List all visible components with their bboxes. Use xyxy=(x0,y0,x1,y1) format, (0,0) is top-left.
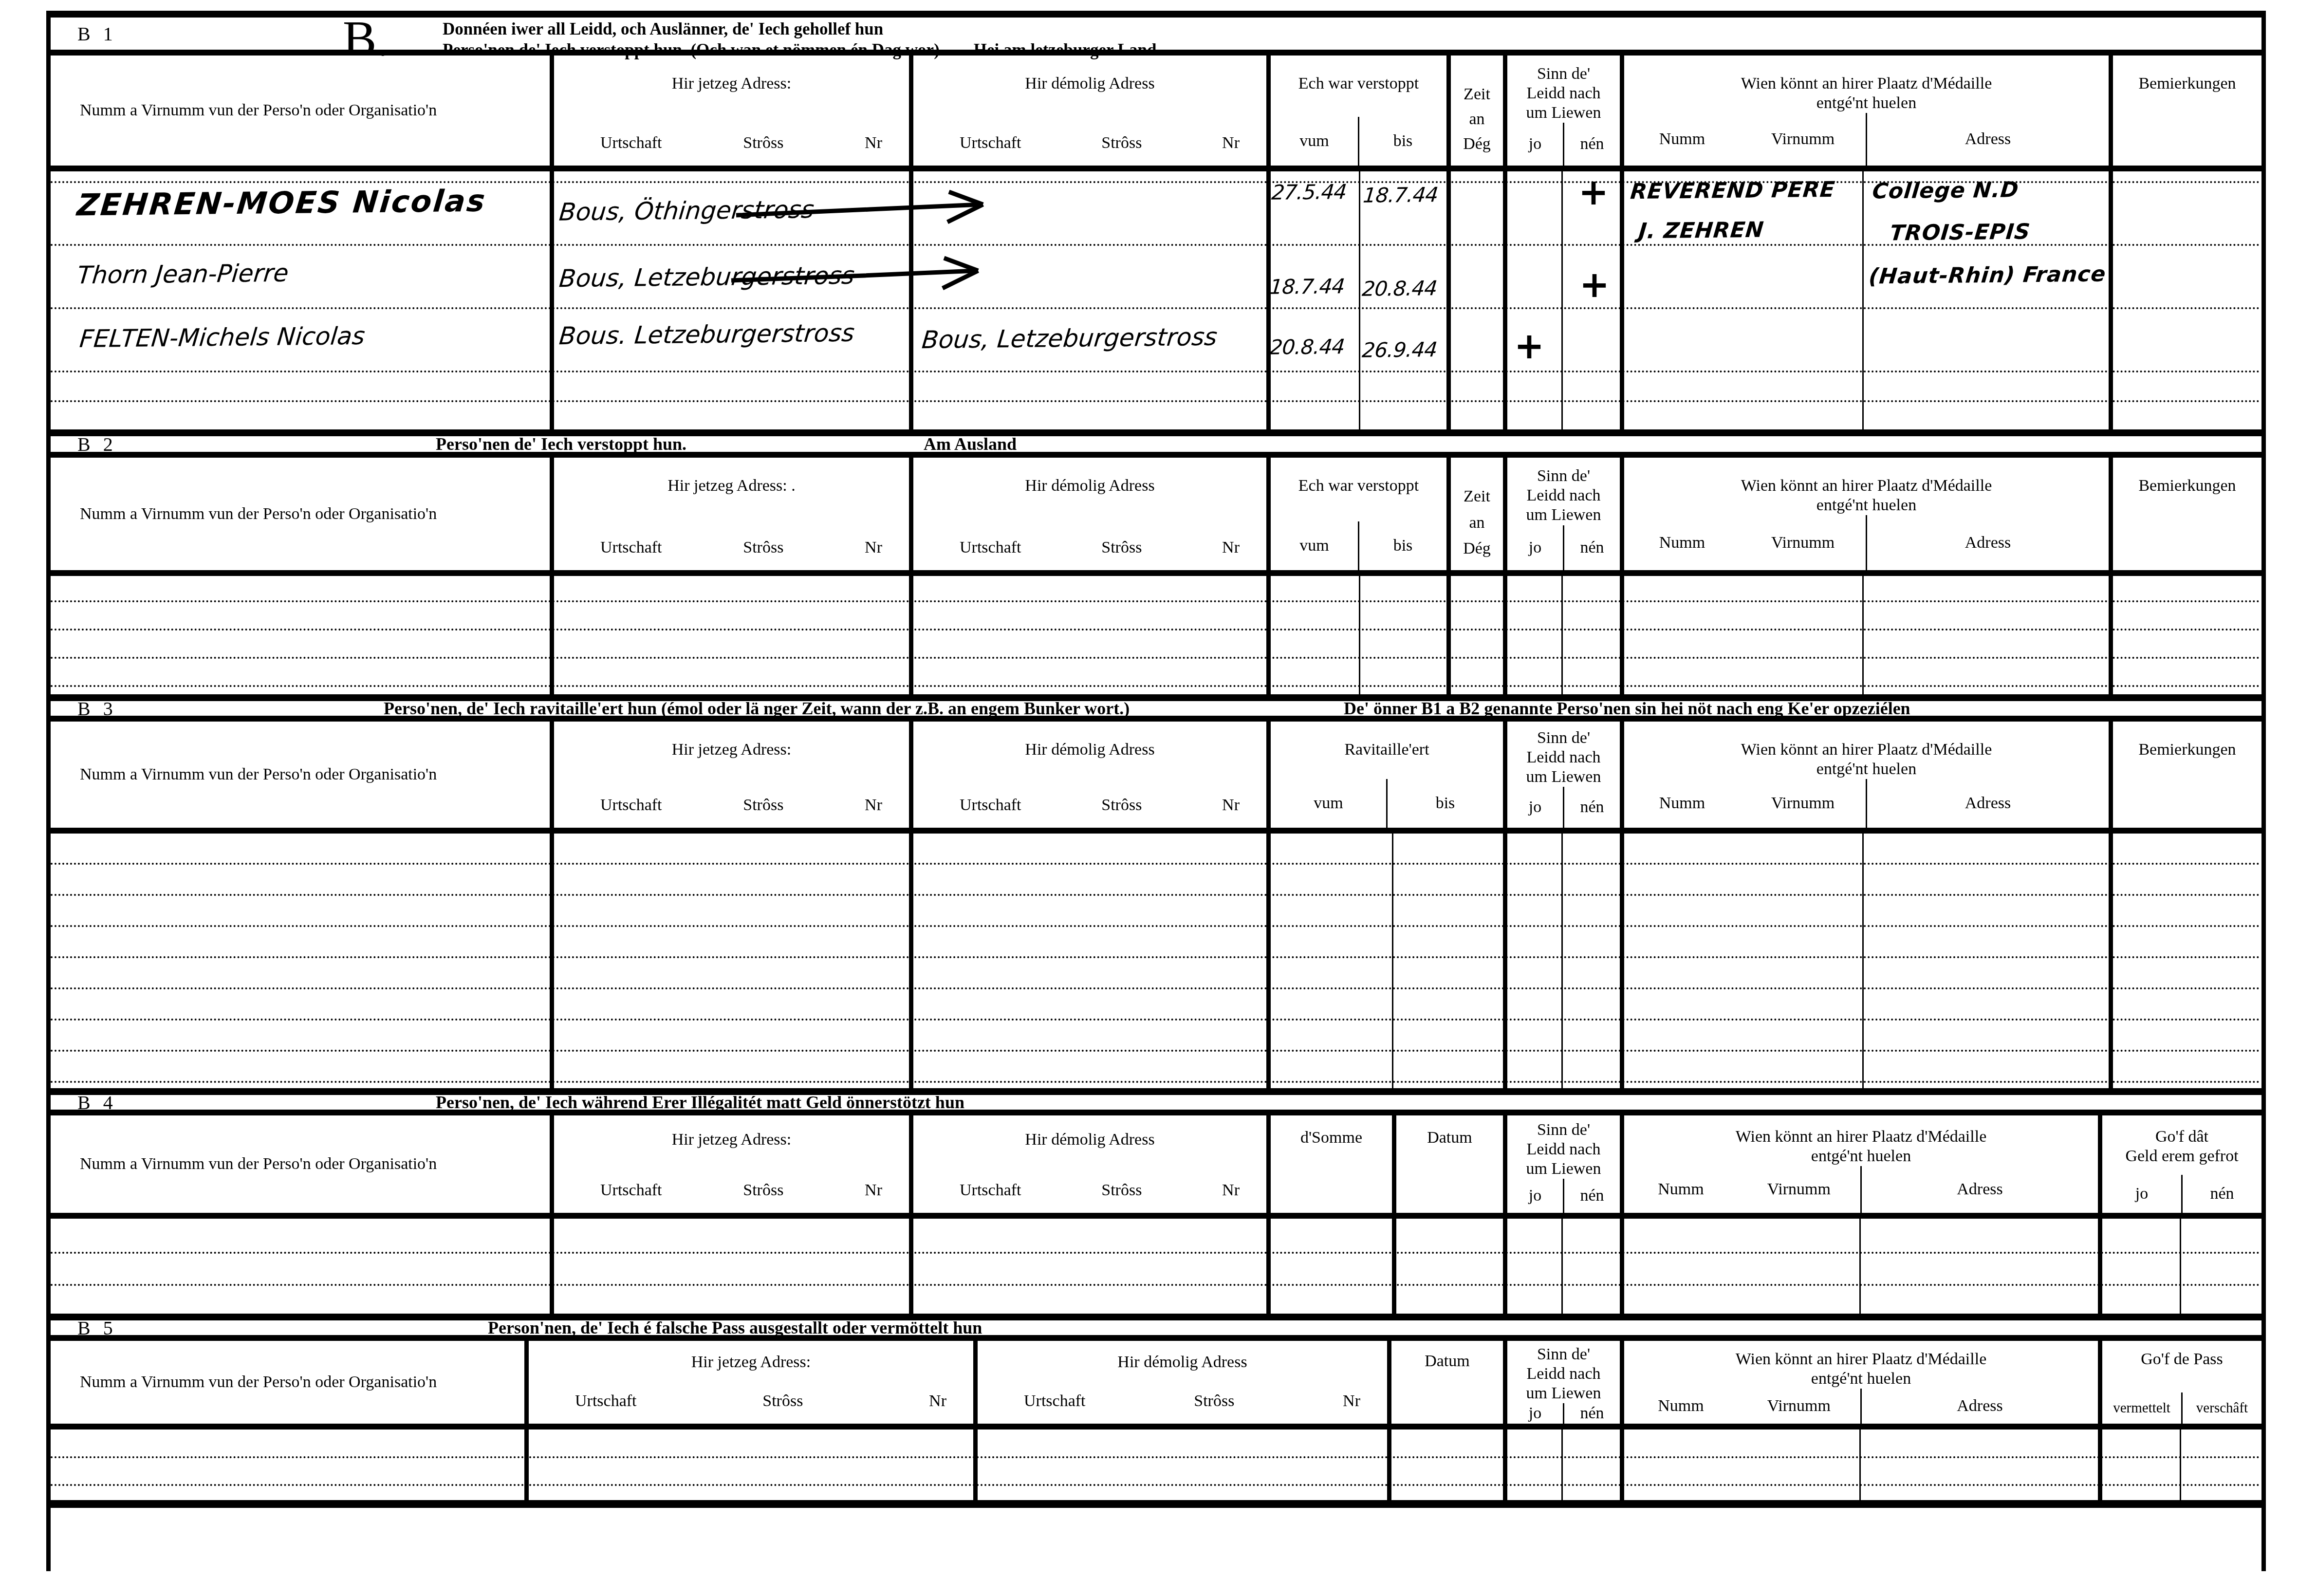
address-sublabels: Urtschaft Strôss Nr xyxy=(529,1392,973,1424)
jo-nen-sublabels: jo nén xyxy=(1507,787,1620,828)
entry-jetzeg-adress: Bous. Letzeburgerstross xyxy=(558,319,856,350)
b4-col-gof-geld: Go'f dât Geld erem gefrot jo nén xyxy=(2098,1115,2261,1213)
label-nr: Nr xyxy=(1222,538,1240,557)
b1-header-row: Numm a Virnumm vun der Perso'n oder Orga… xyxy=(51,56,2261,171)
dotted-rule xyxy=(51,1284,2261,1286)
medaille-label: Wien könnt an hirer Plaatz d'Médaille en… xyxy=(1736,1127,1987,1166)
b2-col-jetzeg: Hir jetzeg Adress: . Urtschaft Strôss Nr xyxy=(550,458,909,570)
address-sublabels: Urtschaft Strôss Nr xyxy=(554,133,909,166)
medaille-line1: Wien könnt an hirer Plaatz d'Médaille xyxy=(1736,1127,1987,1147)
column-divider xyxy=(1862,576,1864,694)
sinn-line1: Sinn de' xyxy=(1526,466,1601,486)
sinn-line1: Sinn de' xyxy=(1526,64,1601,84)
form-title: Donnéen iwer all Leidd, och Auslänner, d… xyxy=(443,19,1156,60)
column-divider xyxy=(2109,576,2113,694)
dotted-rule xyxy=(51,863,2261,865)
label-virnumm: Virnumm xyxy=(1740,779,1866,828)
label-virnumm: Virnumm xyxy=(1740,515,1866,570)
entry-medaille-adress-line1: College N.D xyxy=(1871,177,2020,204)
b4-col-name: Numm a Virnumm vun der Perso'n oder Orga… xyxy=(51,1115,550,1213)
b3-header-row: Numm a Virnumm vun der Perso'n oder Orga… xyxy=(51,722,2261,834)
label-numm: Numm xyxy=(1624,113,1740,166)
entry-vum: 27.5.44 xyxy=(1271,180,1348,204)
label-vum: vum xyxy=(1271,117,1358,166)
label-nr: Nr xyxy=(1222,796,1240,815)
sinn-line2: Leidd nach xyxy=(1526,748,1601,767)
label-nen: nén xyxy=(1563,787,1620,828)
label-numm: Numm xyxy=(1624,515,1740,570)
label-virnumm: Virnumm xyxy=(1738,1166,1860,1213)
medaille-label: Wien könnt an hirer Plaatz d'Médaille en… xyxy=(1741,740,1992,779)
b3-subtitle: De' önner B1 a B2 genannte Perso'nen sin… xyxy=(1344,698,1910,719)
b3-col-demolig: Hir démolig Adress Urtschaft Strôss Nr xyxy=(909,722,1266,828)
b5-col-jetzeg: Hir jetzeg Adress: Urtschaft Strôss Nr xyxy=(524,1341,973,1424)
section-b1-id: B 1 xyxy=(77,22,117,45)
label-vum: vum xyxy=(1271,521,1358,570)
column-divider xyxy=(1266,576,1271,694)
column-divider xyxy=(1862,171,1864,429)
address-sublabels: Urtschaft Strôss Nr xyxy=(978,1392,1387,1424)
column-divider xyxy=(1503,1219,1507,1314)
zeit-line1: Zeit xyxy=(1463,487,1491,506)
label-adress: Adress xyxy=(1860,1389,2098,1424)
zeit-label: Zeit an Dég xyxy=(1463,487,1491,570)
entry-name: Thorn Jean-Pierre xyxy=(76,259,290,290)
sinn-label: Sinn de' Leidd nach um Liewen xyxy=(1526,64,1601,123)
b1-col-jetzeg: Hir jetzeg Adress: Urtschaft Strôss Nr xyxy=(550,56,909,166)
medaille-label: Wien könnt an hirer Plaatz d'Médaille en… xyxy=(1736,1350,1987,1389)
b2-col-verstoppt: Ech war verstoppt vum bis xyxy=(1266,458,1446,570)
dotted-rule xyxy=(51,987,2261,989)
b4-col-sinn: Sinn de' Leidd nach um Liewen jo nén xyxy=(1503,1115,1620,1213)
name-col-label: Numm a Virnumm vun der Perso'n oder Orga… xyxy=(80,101,437,120)
dotted-rule xyxy=(51,894,2261,896)
label-urtschaft: Urtschaft xyxy=(960,796,1021,815)
label-stross: Strôss xyxy=(743,796,783,815)
medaille-line1: Wien könnt an hirer Plaatz d'Médaille xyxy=(1741,74,1992,93)
bemierkungen-label: Bemierkungen xyxy=(2138,74,2236,93)
address-sublabels: Urtschaft Strôss Nr xyxy=(913,538,1266,570)
b5-header-row: Numm a Virnumm vun der Perso'n oder Orga… xyxy=(51,1341,2261,1429)
label-urtschaft: Urtschaft xyxy=(960,1181,1021,1200)
label-numm: Numm xyxy=(1624,779,1740,828)
label-nr: Nr xyxy=(865,1181,882,1200)
jo-nen-sublabels: jo nén xyxy=(1507,123,1620,166)
medaille-sublabels: Numm Virnumm Adress xyxy=(1624,1389,2098,1424)
medaille-line2: entgé'nt huelen xyxy=(1741,93,1992,113)
b3-col-ravitailleert: Ravitaille'ert vum bis xyxy=(1266,722,1503,828)
sinn-line2: Leidd nach xyxy=(1526,486,1601,505)
b5-title: Person'nen, de' Iech é falsche Pass ausg… xyxy=(488,1318,982,1338)
b3-col-jetzeg: Hir jetzeg Adress: Urtschaft Strôss Nr xyxy=(550,722,909,828)
entry-name: FELTEN-Michels Nicolas xyxy=(78,322,366,353)
label-nr: Nr xyxy=(865,538,882,557)
b4-title-band: B 4 Perso'nen, de' Iech während Erer Ill… xyxy=(51,1088,2261,1115)
column-divider xyxy=(2180,1219,2181,1314)
datum-label: Datum xyxy=(1425,1352,1470,1371)
column-divider xyxy=(1387,1429,1391,1500)
medaille-sublabels: Numm Virnumm Adress xyxy=(1624,515,2109,570)
b4-body xyxy=(51,1219,2261,1314)
column-divider xyxy=(2180,1429,2181,1500)
scanned-form-page: B 1 B. Donnéen iwer all Leidd, och Auslä… xyxy=(46,11,2266,1571)
b4-col-datum: Datum xyxy=(1392,1115,1503,1213)
gof-geld-label: Go'f dât Geld erem gefrot xyxy=(2125,1127,2238,1166)
medaille-line1: Wien könnt an hirer Plaatz d'Médaille xyxy=(1741,740,1992,760)
b5-col-gof-pass: Go'f de Pass vermettelt verschâft xyxy=(2098,1341,2261,1424)
medaille-label: Wien könnt an hirer Plaatz d'Médaille en… xyxy=(1741,74,1992,113)
column-divider xyxy=(1859,1429,1861,1500)
medaille-line1: Wien könnt an hirer Plaatz d'Médaille xyxy=(1741,476,1992,496)
b2-col-sinn: Sinn de' Leidd nach um Liewen jo nén xyxy=(1503,458,1620,570)
b2-title-band: B 2 Perso'nen de' Iech verstoppt hun. Am… xyxy=(51,429,2261,458)
label-nr: Nr xyxy=(1343,1392,1360,1411)
vum-bis-sublabels: vum bis xyxy=(1271,521,1446,570)
zeit-line2: an xyxy=(1463,513,1491,533)
b2-body xyxy=(51,576,2261,694)
sinn-label: Sinn de' Leidd nach um Liewen xyxy=(1526,1345,1601,1403)
dotted-rule xyxy=(51,307,2261,309)
label-virnumm: Virnumm xyxy=(1738,1389,1860,1424)
column-divider xyxy=(1561,1219,1563,1314)
column-divider xyxy=(2109,171,2113,429)
address-sublabels: Urtschaft Strôss Nr xyxy=(554,796,909,828)
sinn-line3: um Liewen xyxy=(1526,1159,1601,1179)
column-divider xyxy=(1503,1429,1507,1500)
label-urtschaft: Urtschaft xyxy=(600,538,662,557)
column-divider xyxy=(1446,171,1451,429)
label-nr: Nr xyxy=(865,133,882,153)
b3-col-sinn: Sinn de' Leidd nach um Liewen jo nén xyxy=(1503,722,1620,828)
zeit-line3: Dég xyxy=(1463,134,1491,154)
b2-col-zeit: Zeit an Dég xyxy=(1446,458,1503,570)
medaille-label: Wien könnt an hirer Plaatz d'Médaille en… xyxy=(1741,476,1992,515)
column-divider xyxy=(1620,171,1624,429)
label-numm: Numm xyxy=(1624,1166,1738,1213)
column-divider xyxy=(1266,171,1271,429)
jetzeg-label: Hir jetzeg Adress: xyxy=(691,1353,811,1372)
sinn-label: Sinn de' Leidd nach um Liewen xyxy=(1526,466,1601,525)
label-nen: nén xyxy=(2181,1175,2261,1213)
bemierkungen-label: Bemierkungen xyxy=(2138,476,2236,496)
column-divider xyxy=(1561,1429,1563,1500)
medaille-sublabels: Numm Virnumm Adress xyxy=(1624,1166,2098,1213)
label-nr: Nr xyxy=(929,1392,946,1411)
address-sublabels: Urtschaft Strôss Nr xyxy=(913,133,1266,166)
column-divider xyxy=(2098,1429,2102,1500)
b1-col-zeit: Zeit an Dég xyxy=(1446,56,1503,166)
b1-col-sinn: Sinn de' Leidd nach um Liewen jo nén xyxy=(1503,56,1620,166)
dotted-rule xyxy=(51,956,2261,958)
label-adress: Adress xyxy=(1866,113,2109,166)
b2-title: Perso'nen de' Iech verstoppt hun. xyxy=(436,434,686,454)
jo-nen-sublabels: jo nén xyxy=(1507,1403,1620,1424)
label-jo: jo xyxy=(1507,123,1563,166)
column-divider xyxy=(1561,576,1563,694)
medaille-sublabels: Numm Virnumm Adress xyxy=(1624,779,2109,828)
b5-col-sinn: Sinn de' Leidd nach um Liewen jo nén xyxy=(1503,1341,1620,1424)
column-divider xyxy=(550,1219,554,1314)
label-vum: vum xyxy=(1271,779,1386,828)
dotted-rule xyxy=(51,629,2261,631)
label-urtschaft: Urtschaft xyxy=(600,1181,662,1200)
sinn-line2: Leidd nach xyxy=(1526,1364,1601,1384)
entry-bis: 26.9.44 xyxy=(1361,337,1438,362)
column-divider xyxy=(550,171,554,429)
label-virnumm: Virnumm xyxy=(1740,113,1866,166)
ravitailleert-label: Ravitaille'ert xyxy=(1344,740,1429,760)
dotted-rule xyxy=(51,400,2261,402)
label-urtschaft: Urtschaft xyxy=(1024,1392,1086,1411)
gof-pass-label: Go'f de Pass xyxy=(2141,1350,2223,1369)
label-nr: Nr xyxy=(1222,1181,1240,1200)
b1-col-medaille: Wien könnt an hirer Plaatz d'Médaille en… xyxy=(1620,56,2109,166)
demolig-label: Hir démolig Adress xyxy=(1117,1353,1247,1372)
entry-bis: 20.8.44 xyxy=(1361,276,1438,301)
column-divider xyxy=(524,1429,529,1500)
label-bis: bis xyxy=(1358,117,1446,166)
label-stross: Strôss xyxy=(743,538,783,557)
dotted-rule xyxy=(51,1081,2261,1083)
entry-demolig-adress: Bous, Letzeburgerstross xyxy=(921,323,1219,354)
label-stross: Strôss xyxy=(1101,133,1142,153)
column-divider xyxy=(1359,576,1360,694)
sinn-label: Sinn de' Leidd nach um Liewen xyxy=(1526,1120,1601,1179)
label-adress: Adress xyxy=(1860,1166,2098,1213)
b2-col-demolig: Hir démolig Adress Urtschaft Strôss Nr xyxy=(909,458,1266,570)
sinn-line3: um Liewen xyxy=(1526,1384,1601,1403)
demolig-label: Hir démolig Adress xyxy=(1025,74,1154,93)
b4-title: Perso'nen, de' Iech während Erer Illégal… xyxy=(436,1092,964,1113)
b1-col-demolig: Hir démolig Adress Urtschaft Strôss Nr xyxy=(909,56,1266,166)
label-stross: Strôss xyxy=(743,1181,783,1200)
b5-col-demolig: Hir démolig Adress Urtschaft Strôss Nr xyxy=(973,1341,1387,1424)
label-numm: Numm xyxy=(1624,1389,1738,1424)
entry-name: ZEHREN-MOES Nicolas xyxy=(75,183,488,223)
column-divider xyxy=(1359,171,1360,429)
section-b3-id: B 3 xyxy=(77,697,117,720)
dotted-rule xyxy=(51,1019,2261,1021)
vum-bis-sublabels: vum bis xyxy=(1271,117,1446,166)
entry-vum: 20.8.44 xyxy=(1269,334,1346,359)
column-divider xyxy=(1620,576,1624,694)
b3-title-band: B 3 Perso'nen, de' Iech ravitaille'ert h… xyxy=(51,694,2261,722)
label-nen: nén xyxy=(1563,1179,1620,1213)
label-adress: Adress xyxy=(1866,779,2109,828)
medaille-line2: entgé'nt huelen xyxy=(1736,1147,1987,1166)
column-divider xyxy=(2098,1219,2102,1314)
dsomme-label: d'Somme xyxy=(1300,1128,1362,1148)
b5-col-datum: Datum xyxy=(1387,1341,1503,1424)
sinn-line2: Leidd nach xyxy=(1526,84,1601,103)
label-stross: Strôss xyxy=(762,1392,803,1411)
dotted-rule xyxy=(51,657,2261,659)
column-divider xyxy=(1503,576,1507,694)
b2-col-name: Numm a Virnumm vun der Perso'n oder Orga… xyxy=(51,458,550,570)
b5-body xyxy=(51,1429,2261,1508)
entry-vum: 18.7.44 xyxy=(1269,274,1346,299)
entry-medaille-adress-line3: (Haut-Rhin) France xyxy=(1868,261,2107,289)
entry-medaille-virnumm: J. ZEHREN xyxy=(1637,218,1765,244)
column-divider xyxy=(909,576,913,694)
zeit-line2: an xyxy=(1463,110,1491,129)
entry-medaille-adress-line2: TROIS-EPIS xyxy=(1889,219,2031,245)
pass-sublabels: vermettelt verschâft xyxy=(2102,1392,2261,1424)
label-jo: jo xyxy=(1507,525,1563,570)
label-stross: Strôss xyxy=(1101,796,1142,815)
dotted-rule xyxy=(51,600,2261,602)
section-b4-id: B 4 xyxy=(77,1091,117,1114)
sinn-line1: Sinn de' xyxy=(1526,1345,1601,1364)
column-divider xyxy=(1561,171,1563,429)
column-divider xyxy=(909,1219,913,1314)
jo-nen-sublabels: jo nén xyxy=(1507,525,1620,570)
address-sublabels: Urtschaft Strôss Nr xyxy=(554,538,909,570)
b3-col-medaille: Wien könnt an hirer Plaatz d'Médaille en… xyxy=(1620,722,2109,828)
jetzeg-label: Hir jetzeg Adress: xyxy=(672,74,792,93)
sinn-line3: um Liewen xyxy=(1526,505,1601,525)
label-jo: jo xyxy=(1507,787,1563,828)
handwritten-arrow-icon xyxy=(727,255,1005,294)
dotted-rule xyxy=(51,371,2261,372)
section-b2-id: B 2 xyxy=(77,433,117,456)
label-stross: Strôss xyxy=(1101,1181,1142,1200)
entry-jo-mark: + xyxy=(1514,325,1544,367)
label-verschaft: verschâft xyxy=(2181,1392,2261,1424)
address-sublabels: Urtschaft Strôss Nr xyxy=(554,1181,909,1213)
column-divider xyxy=(1503,171,1507,429)
column-divider xyxy=(550,576,554,694)
jetzeg-label: Hir jetzeg Adress: . xyxy=(667,476,796,496)
sinn-label: Sinn de' Leidd nach um Liewen xyxy=(1526,728,1601,787)
jo-nen-sublabels: jo nén xyxy=(2102,1175,2261,1213)
bemierkungen-label: Bemierkungen xyxy=(2138,740,2236,760)
handwritten-arrow-icon xyxy=(732,190,1010,229)
label-nen: nén xyxy=(1563,1403,1620,1424)
entry-medaille-numm: REVEREND PERE xyxy=(1629,177,1836,204)
label-urtschaft: Urtschaft xyxy=(600,796,662,815)
entry-nen-mark: + xyxy=(1579,264,1610,306)
label-adress: Adress xyxy=(1866,515,2109,570)
sinn-line1: Sinn de' xyxy=(1526,728,1601,748)
b2-header-row: Numm a Virnumm vun der Perso'n oder Orga… xyxy=(51,458,2261,576)
medaille-sublabels: Numm Virnumm Adress xyxy=(1624,113,2109,166)
label-nr: Nr xyxy=(865,796,882,815)
dotted-rule xyxy=(51,685,2261,687)
b4-col-dsomme: d'Somme xyxy=(1266,1115,1392,1213)
label-urtschaft: Urtschaft xyxy=(600,133,662,153)
b3-col-bemierkungen: Bemierkungen xyxy=(2109,722,2261,828)
b4-col-jetzeg: Hir jetzeg Adress: Urtschaft Strôss Nr xyxy=(550,1115,909,1213)
column-divider xyxy=(1392,1219,1396,1314)
name-col-label: Numm a Virnumm vun der Perso'n oder Orga… xyxy=(80,1373,437,1392)
label-nen: nén xyxy=(1563,525,1620,570)
demolig-label: Hir démolig Adress xyxy=(1025,476,1154,496)
column-divider xyxy=(1266,1219,1271,1314)
gof-geld-line1: Go'f dât xyxy=(2125,1127,2238,1147)
dotted-rule xyxy=(51,925,2261,927)
zeit-line1: Zeit xyxy=(1463,85,1491,104)
address-sublabels: Urtschaft Strôss Nr xyxy=(913,796,1266,828)
label-vermettelt: vermettelt xyxy=(2102,1392,2181,1424)
b3-col-name: Numm a Virnumm vun der Perso'n oder Orga… xyxy=(51,722,550,828)
medaille-line2: entgé'nt huelen xyxy=(1741,496,1992,515)
demolig-label: Hir démolig Adress xyxy=(1025,740,1154,760)
b4-col-demolig: Hir démolig Adress Urtschaft Strôss Nr xyxy=(909,1115,1266,1213)
medaille-line2: entgé'nt huelen xyxy=(1736,1369,1987,1389)
label-urtschaft: Urtschaft xyxy=(575,1392,637,1411)
b1-body: ZEHREN-MOES Nicolas Bous, Öthingerstross… xyxy=(51,171,2261,429)
column-divider xyxy=(1620,1219,1624,1314)
b1-col-name: Numm a Virnumm vun der Perso'n oder Orga… xyxy=(51,56,550,166)
column-divider xyxy=(1859,1219,1861,1314)
dotted-rule xyxy=(51,1252,2261,1254)
jetzeg-label: Hir jetzeg Adress: xyxy=(672,1130,792,1150)
section-b5-id: B 5 xyxy=(77,1317,117,1339)
b1-col-verstoppt: Ech war verstoppt vum bis xyxy=(1266,56,1446,166)
name-col-label: Numm a Virnumm vun der Perso'n oder Orga… xyxy=(80,1154,437,1174)
label-stross: Strôss xyxy=(743,133,783,153)
column-divider xyxy=(1620,1429,1624,1500)
label-stross: Strôss xyxy=(1194,1392,1234,1411)
gof-geld-line2: Geld erem gefrot xyxy=(2125,1147,2238,1166)
column-divider xyxy=(1446,576,1451,694)
sinn-line3: um Liewen xyxy=(1526,767,1601,787)
entry-bis: 18.7.44 xyxy=(1362,183,1439,207)
b5-col-name: Numm a Virnumm vun der Perso'n oder Orga… xyxy=(51,1341,524,1424)
vum-bis-sublabels: vum bis xyxy=(1271,779,1503,828)
datum-label: Datum xyxy=(1427,1128,1472,1148)
label-urtschaft: Urtschaft xyxy=(960,133,1021,153)
label-urtschaft: Urtschaft xyxy=(960,538,1021,557)
jetzeg-label: Hir jetzeg Adress: xyxy=(672,740,792,760)
label-jo: jo xyxy=(1507,1403,1563,1424)
verstoppt-label: Ech war verstoppt xyxy=(1298,476,1419,496)
column-divider xyxy=(973,1429,978,1500)
b1-col-bemierkungen: Bemierkungen xyxy=(2109,56,2261,166)
jo-nen-sublabels: jo nén xyxy=(1507,1179,1620,1213)
label-jo: jo xyxy=(2102,1175,2181,1213)
zeit-label: Zeit an Dég xyxy=(1463,85,1491,166)
form-title-line1: Donnéen iwer all Leidd, och Auslänner, d… xyxy=(443,19,1156,39)
name-col-label: Numm a Virnumm vun der Perso'n oder Orga… xyxy=(80,765,437,784)
b4-header-row: Numm a Virnumm vun der Perso'n oder Orga… xyxy=(51,1115,2261,1219)
name-col-label: Numm a Virnumm vun der Perso'n oder Orga… xyxy=(80,504,437,524)
address-sublabels: Urtschaft Strôss Nr xyxy=(913,1181,1266,1213)
dotted-rule xyxy=(51,1050,2261,1052)
b3-body xyxy=(51,834,2261,1088)
dotted-rule xyxy=(51,1484,2261,1486)
b4-col-medaille: Wien könnt an hirer Plaatz d'Médaille en… xyxy=(1620,1115,2098,1213)
dotted-rule xyxy=(51,1456,2261,1458)
label-bis: bis xyxy=(1386,779,1503,828)
label-stross: Strôss xyxy=(1101,538,1142,557)
entry-nen-mark: + xyxy=(1578,171,1609,213)
label-nen: nén xyxy=(1563,123,1620,166)
b2-col-medaille: Wien könnt an hirer Plaatz d'Médaille en… xyxy=(1620,458,2109,570)
verstoppt-label: Ech war verstoppt xyxy=(1298,74,1419,93)
b2-subtitle: Am Ausland xyxy=(924,434,1017,454)
label-jo: jo xyxy=(1507,1179,1563,1213)
b3-title: Perso'nen, de' Iech ravitaille'ert hun (… xyxy=(384,698,1130,719)
b1-title-band: B 1 B. Donnéen iwer all Leidd, och Auslä… xyxy=(51,11,2261,56)
medaille-line2: entgé'nt huelen xyxy=(1741,760,1992,779)
sinn-line2: Leidd nach xyxy=(1526,1140,1601,1159)
demolig-label: Hir démolig Adress xyxy=(1025,1130,1154,1150)
zeit-line3: Dég xyxy=(1463,539,1491,558)
b5-title-band: B 5 Person'nen, de' Iech é falsche Pass … xyxy=(51,1314,2261,1341)
label-nr: Nr xyxy=(1222,133,1240,153)
